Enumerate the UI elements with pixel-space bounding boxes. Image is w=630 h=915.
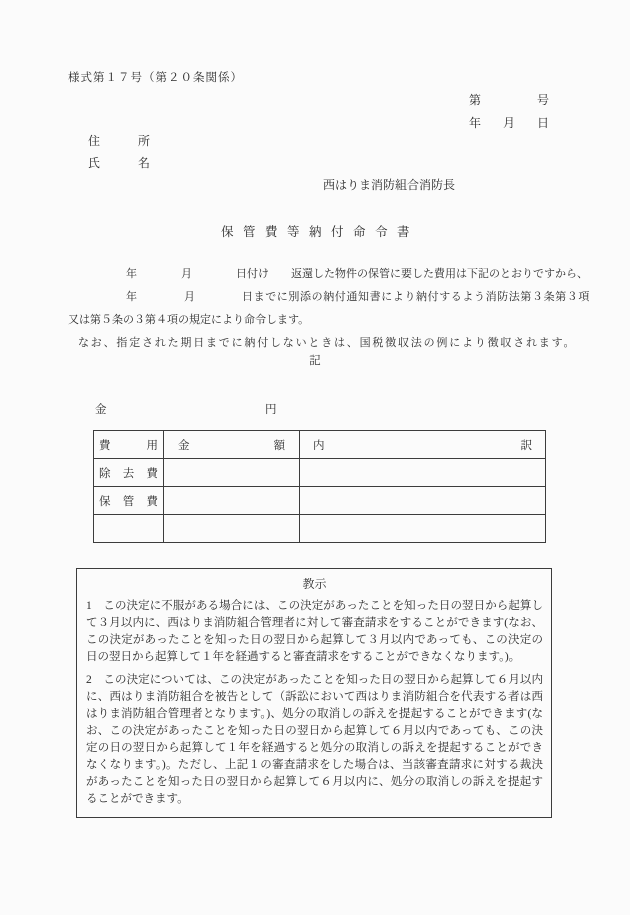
header-cell-expense: 費用 bbox=[94, 431, 164, 459]
instruction-title: 教示 bbox=[86, 576, 543, 592]
form-number-label: 様式第１７号（第２０条関係） bbox=[68, 69, 243, 85]
date-year-label: 年 bbox=[469, 114, 481, 131]
storage-fee-amount-cell bbox=[164, 487, 300, 515]
body-line-2: 年 月 日までに別添の納付通知書により納付するよう消防法第３条第３項 bbox=[126, 288, 590, 304]
date-month-label: 月 bbox=[503, 114, 515, 131]
address-label: 住 所 bbox=[88, 132, 150, 149]
document-title: 保管費等納付命令書 bbox=[221, 222, 419, 240]
date-day-label: 日 bbox=[537, 114, 549, 131]
fee-table: 費用 金額 内訳 除去費 保管費 bbox=[93, 430, 546, 543]
empty-row-detail-cell bbox=[300, 515, 546, 543]
address-label-left: 住 bbox=[88, 132, 100, 149]
body-line-4: なお、指定された期日までに納付しないときは、国税徴収法の例により徴収されます。 bbox=[78, 334, 576, 350]
amount-unit-label: 円 bbox=[265, 401, 277, 417]
table-row: 保管費 bbox=[94, 487, 546, 515]
doc-number-prefix: 第 bbox=[469, 91, 481, 108]
body-line-1: 年 月 日付け 返還した物件の保管に要した費用は下記のとおりですから、 bbox=[126, 265, 588, 281]
instruction-item-2: 2 この決定については、この決定があったことを知った日の翌日から起算して６月以内… bbox=[86, 672, 543, 808]
name-label: 氏 名 bbox=[88, 154, 150, 171]
header-cell-detail: 内訳 bbox=[300, 431, 546, 459]
date-line: 年 月 日 bbox=[469, 114, 549, 131]
removal-fee-amount-cell bbox=[164, 459, 300, 487]
empty-row-label-cell bbox=[94, 515, 164, 543]
instruction-box: 教示 1 この決定に不服がある場合には、この決定があったことを知った日の翌日から… bbox=[76, 568, 552, 818]
name-label-right: 名 bbox=[138, 154, 150, 171]
document-number-line: 第 号 bbox=[469, 91, 549, 108]
address-label-right: 所 bbox=[138, 132, 150, 149]
name-label-left: 氏 bbox=[88, 154, 100, 171]
row-label-storage-fee: 保管費 bbox=[94, 487, 164, 515]
table-row bbox=[94, 515, 546, 543]
instruction-item-1: 1 この決定に不服がある場合には、この決定があったことを知った日の翌日から起算し… bbox=[86, 598, 543, 666]
issuer-title: 西はりま消防組合消防長 bbox=[323, 176, 455, 193]
fee-table-header-row: 費用 金額 内訳 bbox=[94, 431, 546, 459]
doc-number-suffix: 号 bbox=[537, 91, 549, 108]
body-line-3: 又は第５条の３第４項の規定により命令します。 bbox=[68, 311, 309, 327]
ki-marker: 記 bbox=[309, 352, 321, 368]
document-page: 様式第１７号（第２０条関係） 第 号 年 月 日 住 所 氏 名 西はりま消防組… bbox=[0, 0, 630, 915]
empty-row-amount-cell bbox=[164, 515, 300, 543]
row-label-removal-fee: 除去費 bbox=[94, 459, 164, 487]
table-row: 除去費 bbox=[94, 459, 546, 487]
removal-fee-detail-cell bbox=[300, 459, 546, 487]
header-cell-amount: 金額 bbox=[164, 431, 300, 459]
amount-prefix-label: 金 bbox=[95, 401, 107, 417]
storage-fee-detail-cell bbox=[300, 487, 546, 515]
